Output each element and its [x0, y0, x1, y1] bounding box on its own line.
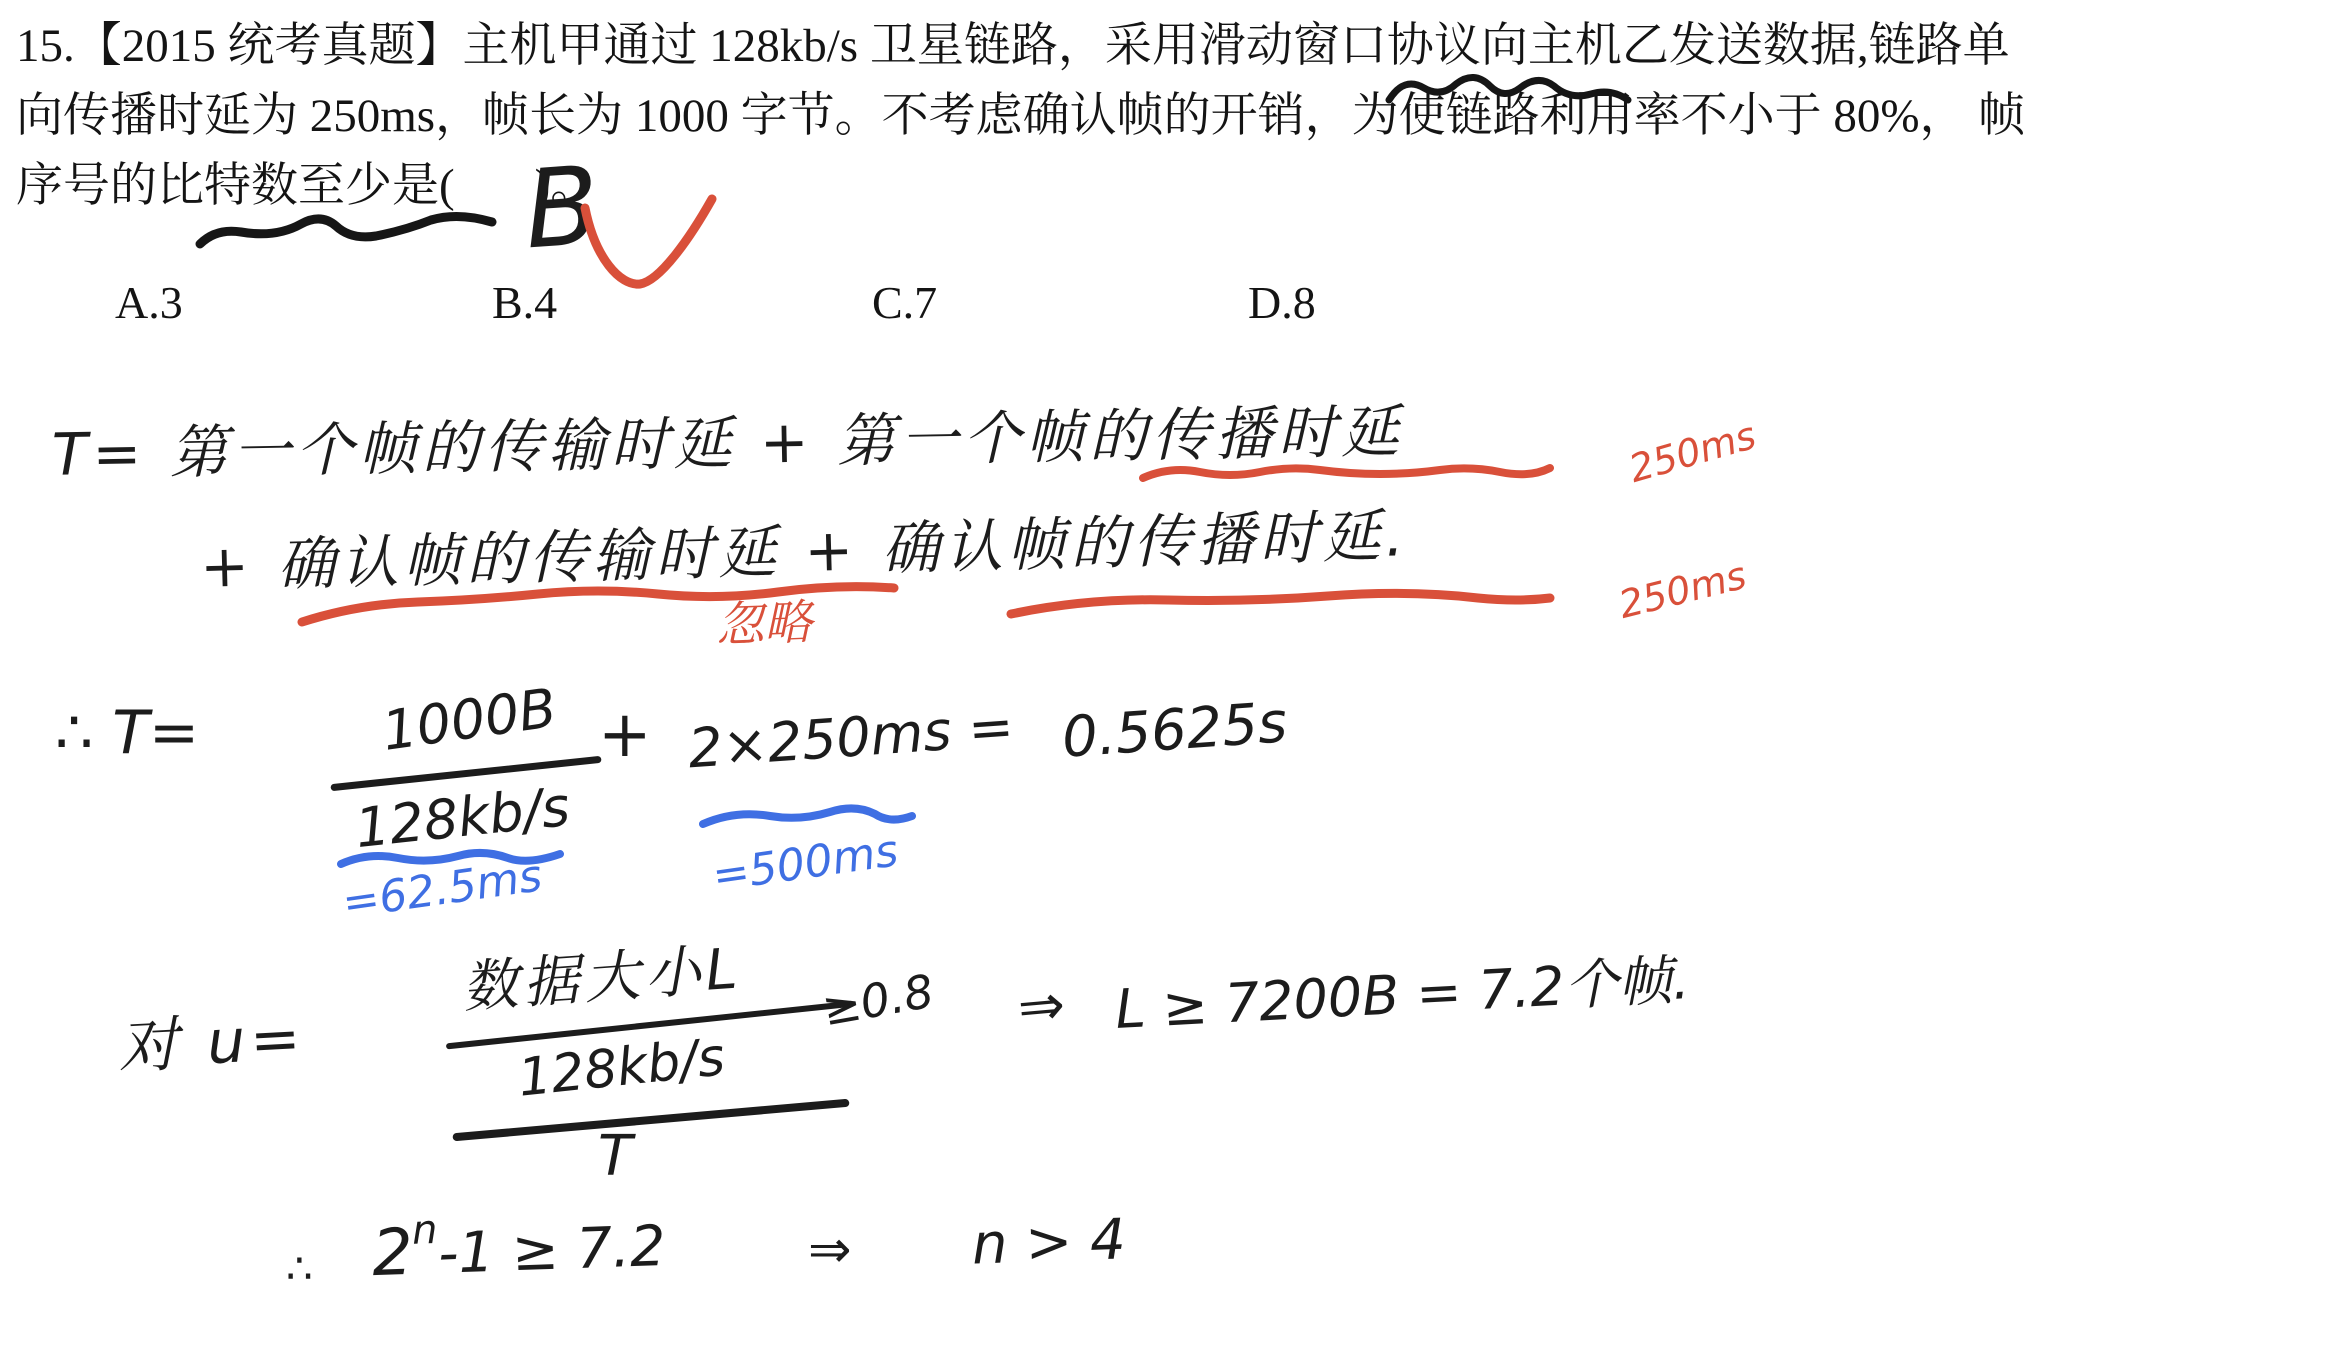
solution-line-5-arrow: ⇒ — [808, 1222, 852, 1279]
option-a: A.3 — [115, 276, 183, 329]
solution-line-4-conclusion: L ≥ 7200B = 7.2个帧. — [1114, 950, 1691, 1039]
question-line-1: 15.【2015 统考真题】主机甲通过 128kb/s 卫星链路，采用滑动窗口协… — [16, 8, 2010, 75]
option-c: C.7 — [872, 276, 937, 329]
fraction-2-bar-lower — [452, 1099, 849, 1142]
solution-line-4-lead: 对 u= — [116, 1005, 307, 1081]
fraction-2-middle: 128kb/s — [516, 1029, 728, 1108]
inequality-rest: -1 ≥ 7.2 — [437, 1214, 667, 1287]
solution-line-3-term: 2×250ms = — [686, 697, 1015, 779]
red-wavy-underline-propagation-1-icon — [1140, 460, 1555, 488]
red-underline-ack-propagation-icon — [1008, 588, 1553, 620]
solution-line-5-inequality: 2n-1 ≥ 7.2 — [371, 1209, 667, 1290]
fraction-2-denominator: T — [598, 1126, 632, 1188]
question-line-3-prefix: 序号的比特数至少是( — [16, 160, 455, 212]
wavy-underline-sliding-window-icon — [1386, 74, 1631, 108]
power-base: 2 — [371, 1216, 414, 1291]
solution-line-4-arrow: ⇒ — [1015, 974, 1067, 1039]
wavy-underline-bit-count-icon — [196, 210, 496, 250]
option-d: D.8 — [1248, 276, 1316, 329]
blue-note-500ms: =500ms — [710, 827, 902, 901]
exam-document-page: 15.【2015 统考真题】主机甲通过 128kb/s 卫星链路，采用滑动窗口协… — [0, 0, 2337, 1369]
solution-line-3-lead: ∴ T= — [55, 700, 199, 766]
red-note-250ms-1: 250ms — [1625, 415, 1761, 491]
question-line-3: 序号的比特数至少是()。 — [16, 148, 597, 215]
solution-line-5-conclusion: n > 4 — [971, 1209, 1127, 1276]
option-b: B.4 — [492, 276, 557, 329]
solution-line-3-plus: + — [598, 700, 652, 770]
check-mark-icon — [575, 193, 725, 298]
solution-line-3-result: 0.5625s — [1060, 692, 1289, 769]
solution-line-4-geq: ≥0.8 — [818, 966, 937, 1035]
red-note-250ms-2: 250ms — [1615, 555, 1751, 627]
fraction-1-numerator: 1000B — [379, 678, 560, 761]
power-exponent: n — [411, 1207, 438, 1254]
red-note-ignore: 忽略 — [715, 596, 813, 652]
solution-line-5-lead: ∴ — [286, 1246, 313, 1292]
fraction-2-numerator: 数据大小L — [460, 938, 744, 1019]
question-line-2: 向传播时延为 250ms，帧长为 1000 字节。不考虑确认帧的开销，为使链路利… — [16, 78, 2025, 145]
